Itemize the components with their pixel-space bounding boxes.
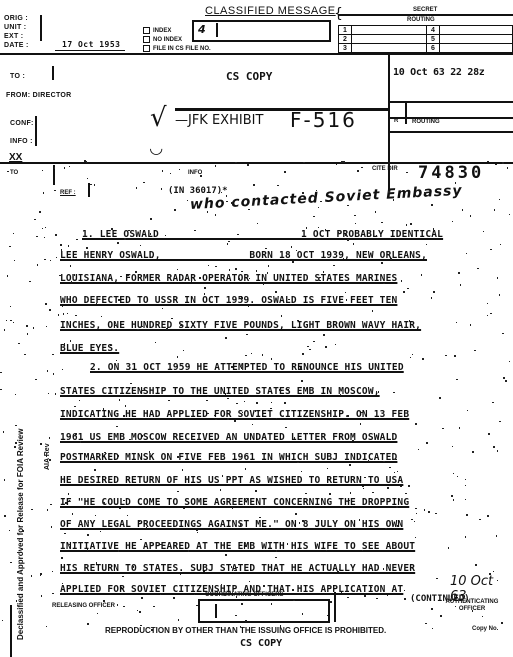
scan-noise: [325, 346, 327, 348]
scan-noise: [116, 360, 118, 362]
cs-copy-stamp-top: CS COPY: [226, 70, 272, 83]
scan-noise: [117, 242, 119, 244]
scan-noise: [174, 209, 176, 211]
scan-noise: [271, 603, 273, 605]
scan-noise: [249, 278, 251, 280]
scan-noise: [275, 291, 277, 293]
scan-noise: [424, 509, 426, 511]
index-value-box: 4: [192, 20, 331, 42]
routing-cell[interactable]: [440, 44, 513, 53]
coordinating-cursor: [215, 604, 217, 618]
scan-noise: [372, 310, 374, 312]
scan-noise: [241, 367, 243, 369]
scan-noise: [346, 299, 348, 301]
scan-noise: [451, 495, 453, 497]
conf-label: CONF:: [10, 120, 34, 127]
scan-noise: [271, 402, 273, 404]
scan-noise: [477, 268, 479, 270]
scan-noise: [206, 400, 208, 402]
scan-noise: [34, 219, 36, 221]
scan-noise: [110, 345, 112, 347]
scan-noise: [146, 527, 148, 529]
scan-noise: [448, 547, 450, 549]
scan-noise: [337, 571, 339, 573]
scan-noise: [323, 271, 325, 273]
scan-noise: [493, 446, 495, 448]
scan-noise: [179, 169, 181, 171]
scan-noise: [7, 171, 9, 173]
scan-noise: [302, 613, 304, 615]
scan-noise: [505, 380, 507, 382]
scan-noise: [65, 502, 67, 504]
scan-noise: [490, 313, 492, 315]
scan-noise: [482, 616, 484, 618]
scan-noise: [55, 234, 57, 236]
scan-noise: [43, 192, 45, 194]
scan-noise: [455, 606, 457, 608]
scan-noise: [302, 353, 304, 355]
scan-noise: [155, 342, 157, 344]
scan-noise: [87, 534, 89, 536]
scan-noise: [336, 164, 338, 166]
routing-field-top: [390, 101, 513, 103]
scan-noise: [238, 278, 240, 280]
scan-noise: [69, 544, 71, 546]
scan-noise: [48, 393, 50, 395]
scan-noise: [421, 274, 423, 276]
scan-noise: [509, 361, 511, 363]
routing-cell[interactable]: [352, 26, 427, 35]
scan-noise: [456, 322, 458, 324]
body-line: 1961 US EMB MOSCOW RECEIVED AN UNDATED L…: [60, 432, 397, 443]
routing-table: 1 4 2 5 3 6: [338, 25, 513, 53]
scan-noise: [227, 243, 229, 245]
scan-noise: [247, 164, 249, 166]
scan-noise: [251, 353, 253, 355]
header-divider: [0, 53, 340, 55]
scan-noise: [415, 423, 417, 425]
release-stamp: Declassified and Approved for Release fo…: [16, 429, 25, 640]
scan-noise: [409, 320, 411, 322]
curve-mark: ◡: [150, 138, 162, 157]
scan-noise: [14, 260, 16, 262]
scan-noise: [494, 209, 496, 211]
scan-noise: [465, 499, 467, 501]
scan-noise: [433, 228, 435, 230]
routing-field-label: ROUTING: [412, 119, 440, 125]
routing-field-mid: [390, 117, 513, 119]
body-line: 2. ON 31 OCT 1959 HE ATTEMPTED TO RENOUN…: [90, 362, 404, 373]
scan-noise: [235, 162, 237, 164]
scan-noise: [130, 383, 132, 385]
routing-cell[interactable]: [440, 35, 513, 44]
scan-noise: [6, 320, 8, 322]
scan-noise: [96, 303, 98, 305]
scan-noise: [183, 508, 185, 510]
scan-noise: [333, 265, 335, 267]
scan-noise: [458, 272, 460, 274]
scan-noise: [46, 455, 48, 457]
conf-info-divider: [35, 116, 37, 146]
scan-noise: [9, 530, 11, 532]
scan-noise: [199, 277, 201, 279]
scan-noise: [299, 522, 301, 524]
scan-noise: [248, 305, 250, 307]
scan-noise: [39, 211, 41, 213]
scan-noise: [140, 539, 142, 541]
scan-noise: [116, 426, 118, 428]
scan-noise: [497, 277, 499, 279]
scan-noise: [323, 334, 325, 336]
scan-noise: [87, 549, 89, 551]
scan-noise: [204, 287, 206, 289]
scan-noise: [248, 209, 250, 211]
scan-noise: [452, 446, 454, 448]
scan-noise: [345, 292, 347, 294]
scan-noise: [347, 205, 349, 207]
scan-noise: [350, 492, 352, 494]
scan-noise: [52, 354, 54, 356]
scan-noise: [306, 227, 308, 229]
scan-noise: [412, 354, 414, 356]
scan-noise: [128, 230, 130, 232]
scan-noise: [240, 524, 242, 526]
scan-noise: [240, 626, 242, 628]
scan-noise: [197, 532, 199, 534]
scan-noise: [268, 265, 270, 267]
scan-noise: [7, 275, 9, 277]
routing-cell[interactable]: [352, 44, 427, 53]
scan-noise: [13, 322, 15, 324]
scan-noise: [349, 464, 351, 466]
scan-noise: [294, 437, 296, 439]
scan-noise: [302, 520, 304, 522]
scan-noise: [245, 355, 247, 357]
scan-noise: [101, 316, 103, 318]
scan-noise: [404, 590, 406, 592]
scan-noise: [361, 412, 363, 414]
reproduction-notice: REPRODUCTION BY OTHER THAN THE ISSUING O…: [105, 626, 386, 635]
scan-noise: [50, 260, 52, 262]
routing-cell[interactable]: [352, 35, 427, 44]
scan-noise: [69, 166, 71, 168]
scan-noise: [75, 433, 77, 435]
scan-noise: [123, 500, 125, 502]
scan-noise: [61, 557, 63, 559]
scan-noise: [392, 325, 394, 327]
scan-noise: [462, 209, 464, 211]
scan-noise: [103, 502, 105, 504]
scan-noise: [372, 492, 374, 494]
scan-noise: [0, 389, 2, 391]
date-label: DATE :: [4, 41, 29, 50]
scan-noise: [277, 185, 279, 187]
scan-noise: [470, 324, 472, 326]
scan-noise: [127, 515, 129, 517]
scan-noise: [445, 355, 447, 357]
scan-noise: [86, 247, 88, 249]
scan-noise: [395, 459, 397, 461]
scan-noise: [47, 370, 49, 372]
scan-noise: [150, 218, 152, 220]
scan-noise: [309, 349, 311, 351]
scan-noise: [185, 278, 187, 280]
scan-noise: [456, 379, 458, 381]
scan-noise: [227, 398, 229, 400]
scan-noise: [123, 606, 125, 608]
scan-noise: [397, 471, 399, 473]
scan-noise: [161, 188, 163, 190]
scan-noise: [214, 415, 216, 417]
scan-noise: [170, 173, 172, 175]
coordinating-box[interactable]: [198, 599, 330, 623]
scan-noise: [162, 308, 164, 310]
scan-noise: [284, 402, 286, 404]
secret-label: SECRET: [413, 7, 437, 13]
scan-noise: [347, 597, 349, 599]
scan-noise: [357, 170, 359, 172]
scan-noise: [394, 472, 396, 474]
scan-noise: [119, 399, 121, 401]
scan-noise: [425, 623, 427, 625]
scan-noise: [246, 498, 248, 500]
scan-noise: [0, 372, 2, 374]
scan-noise: [490, 249, 492, 251]
scan-noise: [182, 469, 184, 471]
scan-noise: [415, 508, 417, 510]
routing-header: ROUTING: [407, 17, 435, 23]
scan-noise: [122, 576, 124, 578]
routing-num: 5: [427, 35, 440, 44]
scan-noise: [320, 201, 322, 203]
scan-noise: [255, 490, 257, 492]
scan-noise: [140, 245, 142, 247]
scan-noise: [502, 162, 504, 164]
scan-noise: [55, 393, 57, 395]
scan-noise: [424, 192, 426, 194]
scan-noise: [499, 294, 501, 296]
scan-noise: [228, 241, 230, 243]
scan-noise: [150, 233, 152, 235]
scan-noise: [287, 389, 289, 391]
scan-noise: [388, 191, 390, 193]
file-in-cs-option[interactable]: FILE IN CS FILE NO.: [143, 44, 211, 53]
scan-noise: [232, 507, 234, 509]
scan-noise: [277, 586, 279, 588]
scan-noise: [45, 227, 47, 229]
scan-noise: [338, 232, 340, 234]
scan-noise: [326, 550, 328, 552]
scan-noise: [487, 161, 489, 163]
scan-noise: [435, 513, 437, 515]
scan-noise: [263, 585, 265, 587]
scan-noise: [45, 303, 47, 305]
scan-noise: [62, 369, 64, 371]
scan-noise: [387, 595, 389, 597]
scan-noise: [252, 204, 254, 206]
scan-noise: [453, 473, 455, 475]
scan-noise: [390, 258, 392, 260]
scan-noise: [40, 574, 42, 576]
scan-noise: [376, 235, 378, 237]
scan-noise: [143, 390, 145, 392]
to-label: TO :: [10, 73, 25, 80]
routing-num: 4: [427, 26, 440, 35]
scan-noise: [61, 249, 63, 251]
scan-noise: [117, 604, 119, 606]
scan-noise: [271, 358, 273, 360]
scan-noise: [397, 525, 399, 527]
scan-noise: [355, 223, 357, 225]
scan-noise: [276, 550, 278, 552]
scan-noise: [257, 223, 259, 225]
scan-noise: [226, 201, 228, 203]
classified-message-title: CLASSIFIED MESSAGE: [205, 5, 336, 17]
scan-noise: [231, 366, 233, 368]
scan-noise: [454, 355, 456, 357]
scan-noise: [483, 231, 485, 233]
scan-noise: [27, 333, 29, 335]
checkbox-icon: [143, 36, 150, 43]
index-value-cursor: [216, 23, 218, 37]
scan-noise: [70, 265, 72, 267]
routing-cell[interactable]: [440, 26, 513, 35]
scan-noise: [149, 451, 151, 453]
scan-noise: [220, 593, 222, 595]
scan-noise: [15, 442, 17, 444]
scan-noise: [303, 162, 305, 164]
scan-noise: [259, 517, 261, 519]
ref-cursor: [88, 183, 90, 197]
body-line: LEE HENRY OSWALD, BORN 18 OCT 1939, NEW …: [60, 250, 427, 261]
scan-noise: [431, 608, 433, 610]
scan-noise: [173, 597, 175, 599]
scan-noise: [497, 450, 499, 452]
scan-noise: [94, 184, 96, 186]
scan-noise: [452, 221, 454, 223]
scan-noise: [245, 620, 247, 622]
checkbox-icon: [143, 45, 150, 52]
scan-noise: [318, 207, 320, 209]
scan-noise: [300, 367, 302, 369]
scan-noise: [87, 623, 89, 625]
scan-noise: [307, 346, 309, 348]
scan-noise: [258, 369, 260, 371]
scan-noise: [353, 243, 355, 245]
scan-noise: [35, 379, 37, 381]
scan-noise: [177, 356, 179, 358]
exhibit-top-rule: [175, 108, 390, 111]
scan-noise: [341, 592, 343, 594]
scan-noise: [400, 486, 402, 488]
scan-noise: [226, 195, 228, 197]
scan-noise: [177, 456, 179, 458]
scan-noise: [364, 595, 366, 597]
scan-noise: [431, 297, 433, 299]
scan-noise: [129, 439, 131, 441]
scan-noise: [335, 344, 337, 346]
scan-noise: [29, 281, 31, 283]
body-line: 1. LEE OSWALD 1 OCT PROBABLY IDENTICAL: [82, 229, 443, 240]
scan-noise: [221, 192, 223, 194]
body-line: HE DESIRED RETURN OF HIS US PPT AS WISHE…: [60, 475, 403, 486]
scan-noise: [319, 277, 321, 279]
scan-noise: [465, 485, 467, 487]
routing-num: 2: [339, 35, 352, 44]
scan-noise: [467, 410, 469, 412]
body-line: HIS RETURN TO STATES. SUBJ STATED THAT H…: [60, 563, 415, 574]
scan-noise: [225, 337, 227, 339]
scan-noise: [111, 228, 113, 230]
footer-divider: [334, 592, 336, 622]
scan-noise: [234, 570, 236, 572]
scan-noise: [487, 303, 489, 305]
scan-noise: [242, 412, 244, 414]
scan-noise: [56, 257, 58, 259]
scan-noise: [499, 199, 501, 201]
timestamp-stamp: 10 Oct 63 22 28z: [393, 67, 485, 78]
date-underline: [55, 50, 125, 51]
scan-noise: [143, 182, 145, 184]
scan-noise: [354, 215, 356, 217]
scan-noise: [31, 575, 33, 577]
checkbox-icon: [143, 27, 150, 34]
scan-noise: [418, 449, 420, 451]
scan-noise: [220, 489, 222, 491]
scan-noise: [488, 433, 490, 435]
scan-noise: [267, 272, 269, 274]
scan-noise: [51, 526, 53, 528]
scan-noise: [376, 598, 378, 600]
scan-noise: [103, 408, 105, 410]
scan-noise: [215, 165, 217, 167]
scan-noise: [46, 626, 48, 628]
routing-top-rule: [338, 14, 513, 16]
scan-noise: [245, 545, 247, 547]
scan-noise: [142, 326, 144, 328]
scan-noise: [487, 515, 489, 517]
scan-noise: [405, 493, 407, 495]
scan-noise: [229, 269, 231, 271]
scan-noise: [37, 264, 39, 266]
scan-noise: [262, 354, 264, 356]
scan-noise: [465, 479, 467, 481]
scan-noise: [387, 487, 389, 489]
scan-noise: [279, 389, 281, 391]
scan-noise: [236, 567, 238, 569]
scan-noise: [33, 327, 35, 329]
routing-num: 1: [339, 26, 352, 35]
scan-noise: [168, 400, 170, 402]
scan-noise: [341, 161, 343, 163]
scan-noise: [208, 265, 210, 267]
scan-noise: [292, 589, 294, 591]
scan-noise: [389, 467, 391, 469]
scan-noise: [200, 175, 202, 177]
scan-noise: [503, 377, 505, 379]
scan-noise: [183, 350, 185, 352]
scan-noise: [139, 520, 141, 522]
scan-noise: [301, 380, 303, 382]
scan-noise: [414, 521, 416, 523]
scan-noise: [319, 280, 321, 282]
scan-noise: [339, 569, 341, 571]
scan-noise: [436, 175, 438, 177]
scan-noise: [40, 443, 42, 445]
scan-noise: [64, 533, 66, 535]
index-value: 4: [198, 23, 206, 36]
scan-noise: [416, 513, 418, 515]
